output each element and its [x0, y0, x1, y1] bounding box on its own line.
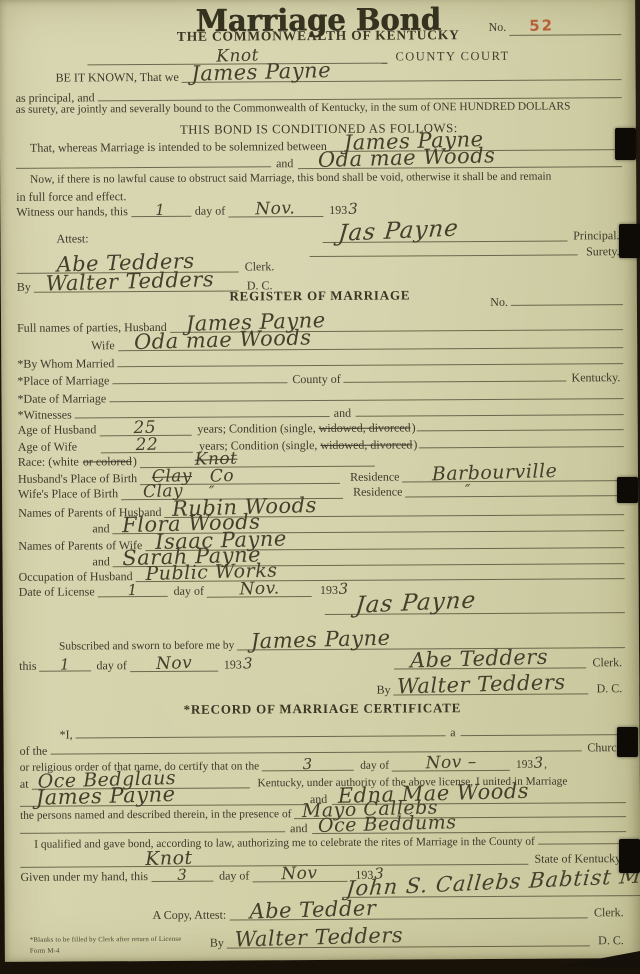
surety-clause-row: as surety, are jointly and severally bou…	[16, 100, 622, 117]
by-label: By	[377, 684, 394, 698]
commonwealth-heading: THE COMMONWEALTH OF KENTUCKY	[177, 27, 460, 44]
clerk-label: Clerk.	[588, 906, 627, 920]
dc-label: D. C.	[589, 682, 626, 696]
form-line	[109, 395, 623, 402]
register-clerk-line: Abe Tedders	[394, 652, 586, 669]
principal-signature-row: Attest: Jas Payne Principal.	[16, 224, 622, 246]
form-line	[75, 413, 330, 419]
wife-name-row: Wife Oda mae Woods	[17, 332, 623, 353]
register-deputy-row: By Walter Tedders D. C.	[19, 678, 625, 699]
place-of-marriage-row: *Place of Marriage County of Kentucky.	[17, 371, 623, 388]
certify-day-handwritten: 3	[303, 759, 313, 770]
wife-birth-label: Wife's Place of Birth	[18, 487, 121, 501]
by-whom-label: *By Whom Married	[17, 357, 117, 371]
form-line	[511, 301, 623, 306]
witness2-handwritten: Oce Beddums	[318, 816, 457, 833]
copy-attest-row: A Copy, Attest: Abe Tedder Clerk.	[153, 902, 627, 923]
scanned-photo: Marriage Bond No. 52 THE COMMONWEALTH OF…	[0, 0, 640, 974]
form-line	[344, 377, 567, 382]
certificate-county-handwritten: Knot	[145, 852, 193, 867]
sworn-label: Subscribed and sworn to before me by	[59, 640, 237, 654]
surety-clause-text: as surety, are jointly and severally bou…	[16, 100, 571, 116]
county-of-label: County of	[287, 373, 343, 387]
commonwealth-row: THE COMMONWEALTH OF KENTUCKY	[15, 26, 621, 45]
marriage-bond-document: Marriage Bond No. 52 THE COMMONWEALTH OF…	[0, 0, 640, 962]
license-month-line: Nov.	[207, 584, 312, 598]
certificate-heading-row: *RECORD OF MARRIAGE CERTIFICATE	[19, 700, 625, 719]
bride-name-line: Oda mae Woods	[298, 151, 622, 169]
of-the-label: of the	[20, 745, 51, 759]
form-line	[461, 731, 626, 736]
form-line	[538, 840, 626, 845]
certificate-groom-line: James Payne	[20, 789, 305, 806]
license-year-handwritten: 3	[339, 584, 349, 595]
form-line	[16, 163, 271, 169]
witnesses-label: *Witnesses	[18, 408, 75, 422]
clerk-label: Clerk.	[239, 260, 278, 274]
sworn-year-handwritten: 3	[243, 658, 253, 669]
day-of-label: day of	[191, 205, 228, 219]
sworn-month-line: Nov	[130, 659, 218, 672]
residence-label: Residence	[343, 485, 405, 499]
clerk-label: Clerk.	[586, 656, 625, 670]
certificate-clerk-line: Abe Tedder	[229, 902, 588, 920]
form-line	[112, 379, 287, 384]
month-line: Nov.	[228, 204, 323, 217]
copy-attest-label: A Copy, Attest:	[153, 909, 230, 923]
register-clerk-handwritten: Abe Tedders	[410, 650, 549, 668]
principal-name-handwritten: James Payne	[191, 63, 331, 81]
wife-label: Wife	[91, 339, 118, 353]
spacer	[92, 241, 323, 242]
age-husband-row: Age of Husband 25 years; Condition (sing…	[18, 420, 624, 437]
binding-mark	[617, 477, 638, 503]
race-handwritten-struck: Knot	[195, 454, 238, 467]
register-deputy-handwritten: Walter Tedders	[397, 675, 566, 694]
minister-signature-row: John S. Callebs Babtist M	[342, 880, 626, 897]
binding-mark	[615, 128, 636, 160]
age-wife-label: Age of Wife	[18, 440, 101, 454]
and-label: and	[285, 822, 312, 836]
license-signature-row: Jas Payne	[19, 596, 625, 617]
condition-struck-text: widowed, divorced	[319, 421, 412, 435]
race-label: Race: (white	[18, 455, 80, 469]
void-clause-row1: Now, if there is no lawful cause to obst…	[16, 170, 622, 187]
occupation-line: Public Works	[136, 565, 625, 582]
footnote-line2: Form M-4	[30, 946, 182, 958]
certificate-deputy-handwritten: Walter Tedders	[234, 928, 403, 947]
register-deputy-line: Walter Tedders	[394, 678, 589, 695]
wife-name-handwritten: Oda mae Woods	[133, 330, 311, 349]
form-line	[76, 732, 446, 738]
age-husband-handwritten: 25	[134, 423, 157, 435]
year-printed: 193	[312, 584, 339, 598]
spacer	[19, 694, 376, 696]
and-label: and	[330, 407, 355, 421]
age-wife-handwritten: 22	[135, 440, 158, 452]
form-line	[20, 828, 285, 834]
dc-label: D. C.	[590, 934, 627, 948]
a-label: a	[445, 726, 460, 740]
given-label: Given under my hand, this	[20, 870, 151, 885]
race-struck-text: or colored	[80, 455, 133, 469]
certificate-deputy-row: By Walter Tedders D. C.	[210, 930, 627, 950]
given-day-handwritten: 3	[177, 870, 187, 881]
sworn-name-handwritten: James Payne	[251, 631, 391, 649]
certificate-groom-handwritten: James Payne	[36, 787, 176, 805]
certificate-deputy-line: Walter Tedders	[227, 930, 590, 948]
day-of-label: day of	[213, 869, 252, 883]
at-label: at	[20, 778, 32, 792]
month-handwritten: Nov.	[255, 203, 295, 216]
i-label: *I,	[60, 728, 76, 742]
age-wife-line: 22	[101, 440, 193, 453]
place-label: *Place of Marriage	[17, 374, 112, 388]
wife-name-line: Oda mae Woods	[118, 332, 624, 351]
sworn-day-line: 1	[39, 659, 91, 671]
certify-day-line: 3	[262, 759, 354, 771]
given-month-handwritten: Nov	[282, 868, 319, 881]
day-of-label: day of	[168, 585, 207, 599]
void-clause-line2: in full force and effect.	[16, 190, 126, 204]
witness2-line: Oce Beddums	[312, 818, 626, 834]
footnote: *Blanks to be filled by Clerk after retu…	[30, 935, 182, 958]
day-handwritten: 1	[156, 205, 166, 216]
principal-label: Principal.	[567, 229, 622, 243]
deputy-signature-handwritten: Walter Tedders	[45, 272, 214, 291]
occupation-label: Occupation of Husband	[19, 570, 136, 585]
husband-residence-handwritten: Barbourville	[432, 465, 558, 482]
wife-residence-line: ″	[405, 484, 624, 497]
register-no-label: No.	[490, 296, 511, 310]
ditto-mark: ″	[465, 485, 471, 496]
void-clause-line1: Now, if there is no lawful cause to obst…	[30, 171, 551, 187]
year-printed: 193	[510, 759, 534, 772]
condition-label: years; Condition (single,	[191, 422, 318, 437]
qualified-row: I qualified and gave bond, according to …	[20, 835, 626, 852]
and-label: and	[271, 157, 298, 171]
year-printed: 193	[323, 204, 348, 218]
form-line	[50, 747, 581, 754]
certificate-heading: *RECORD OF MARRIAGE CERTIFICATE	[184, 701, 462, 718]
year-digit-handwritten: 3	[348, 204, 358, 215]
license-month-handwritten: Nov.	[239, 583, 279, 596]
form-line	[355, 411, 624, 417]
sworn-day-handwritten: 1	[60, 659, 70, 670]
license-label: Date of License	[19, 585, 98, 599]
bride-name-handwritten: Oda mae Woods	[318, 148, 496, 167]
binding-mark	[619, 224, 640, 258]
form-line	[417, 426, 624, 431]
certify-year-handwritten: 3	[534, 757, 544, 768]
witness-hands-label: Witness our hands, this	[16, 205, 131, 219]
principal-signature-handwritten: Jas Payne	[337, 220, 459, 242]
this-label: this	[19, 660, 39, 674]
binding-mark	[619, 839, 640, 873]
qualified-clause: I qualified and gave bond, according to …	[34, 836, 538, 852]
spacer	[17, 306, 490, 309]
day-line: 1	[131, 205, 191, 217]
condition-struck-text: widowed, divorced	[320, 438, 413, 452]
county-court-label: COUNTY COURT	[395, 49, 509, 64]
certificate-i-row: *I, a	[20, 725, 626, 742]
kentucky-label: Kentucky.	[566, 371, 623, 385]
witness-hands-row: Witness our hands, this 1 day of Nov. 19…	[16, 202, 622, 219]
certify-month-line: Nov –	[392, 758, 510, 772]
binding-mark	[617, 727, 638, 757]
footnote-line1: *Blanks to be filled by Clerk after retu…	[30, 935, 182, 947]
age-husband-label: Age of Husband	[18, 423, 100, 437]
sworn-month-handwritten: Nov	[155, 658, 192, 671]
race-close: )	[133, 455, 140, 469]
husband-residence-line: Barbourville	[402, 467, 624, 483]
principal-name-line: James Payne	[182, 64, 622, 82]
be-it-known-row: BE IT KNOWN, That we James Payne	[15, 64, 621, 85]
spacer	[19, 613, 325, 615]
form-line	[418, 443, 623, 448]
by-label: By	[210, 937, 227, 951]
comma: ,	[544, 759, 550, 772]
attest-label: Attest:	[56, 232, 91, 246]
day-of-label: day of	[354, 760, 392, 773]
form-line	[117, 360, 623, 367]
and-label: and	[92, 522, 112, 536]
husband-birth-label: Husband's Place of Birth	[18, 472, 140, 487]
spacer	[253, 668, 395, 669]
given-month-line: Nov	[252, 869, 347, 882]
license-signature-line: Jas Payne	[325, 596, 625, 615]
certificate-county-line: Knot	[20, 851, 528, 868]
certify-month-handwritten: Nov –	[425, 757, 476, 770]
bride-row: and Oda mae Woods	[16, 151, 622, 172]
date-of-marriage-label: *Date of Marriage	[17, 392, 109, 406]
given-day-line: 3	[151, 870, 213, 882]
and-label: and	[92, 555, 112, 569]
license-day-handwritten: 1	[127, 585, 137, 596]
residence-label: Residence	[340, 470, 402, 484]
date-of-marriage-row: *Date of Marriage	[17, 389, 623, 406]
year-printed: 193	[218, 658, 243, 672]
principal-signature-line: Jas Payne	[322, 224, 567, 243]
be-it-known-label: BE IT KNOWN, That we	[56, 71, 182, 86]
certificate-clerk-handwritten: Abe Tedder	[249, 901, 376, 919]
license-day-line: 1	[98, 585, 168, 597]
minister-signature-line: John S. Callebs Babtist M	[342, 880, 640, 898]
license-signature-handwritten: Jas Payne	[355, 592, 477, 614]
by-whom-row: *By Whom Married	[17, 354, 623, 371]
day-of-label: day of	[91, 659, 129, 673]
